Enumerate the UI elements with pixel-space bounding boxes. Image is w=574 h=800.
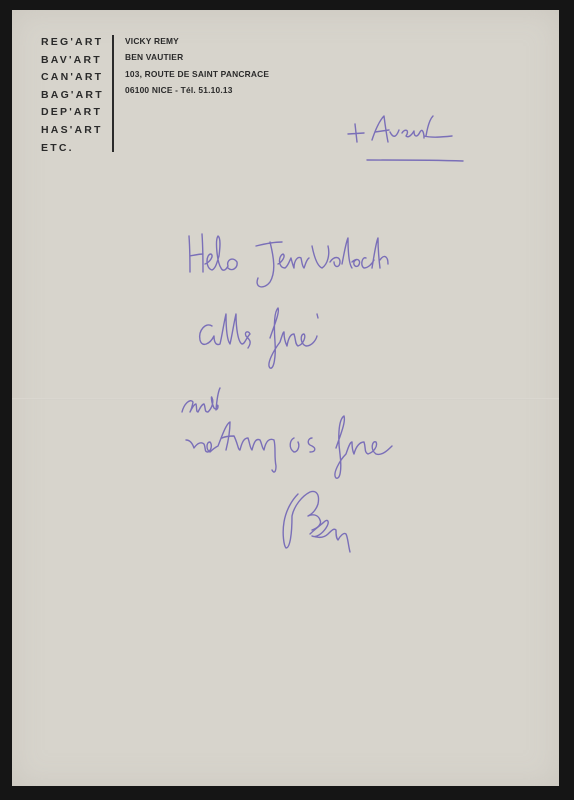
signature-strokes [283,492,350,553]
line-1-strokes [189,234,388,287]
annotation-strokes [348,116,463,161]
letter-page: REG'ART BAV'ART CAN'ART BAG'ART DEP'ART … [12,10,559,786]
line-4-strokes [186,416,392,478]
handwriting-strokes [12,10,559,786]
line-3-strokes [182,388,220,412]
line-2-strokes [200,308,318,368]
